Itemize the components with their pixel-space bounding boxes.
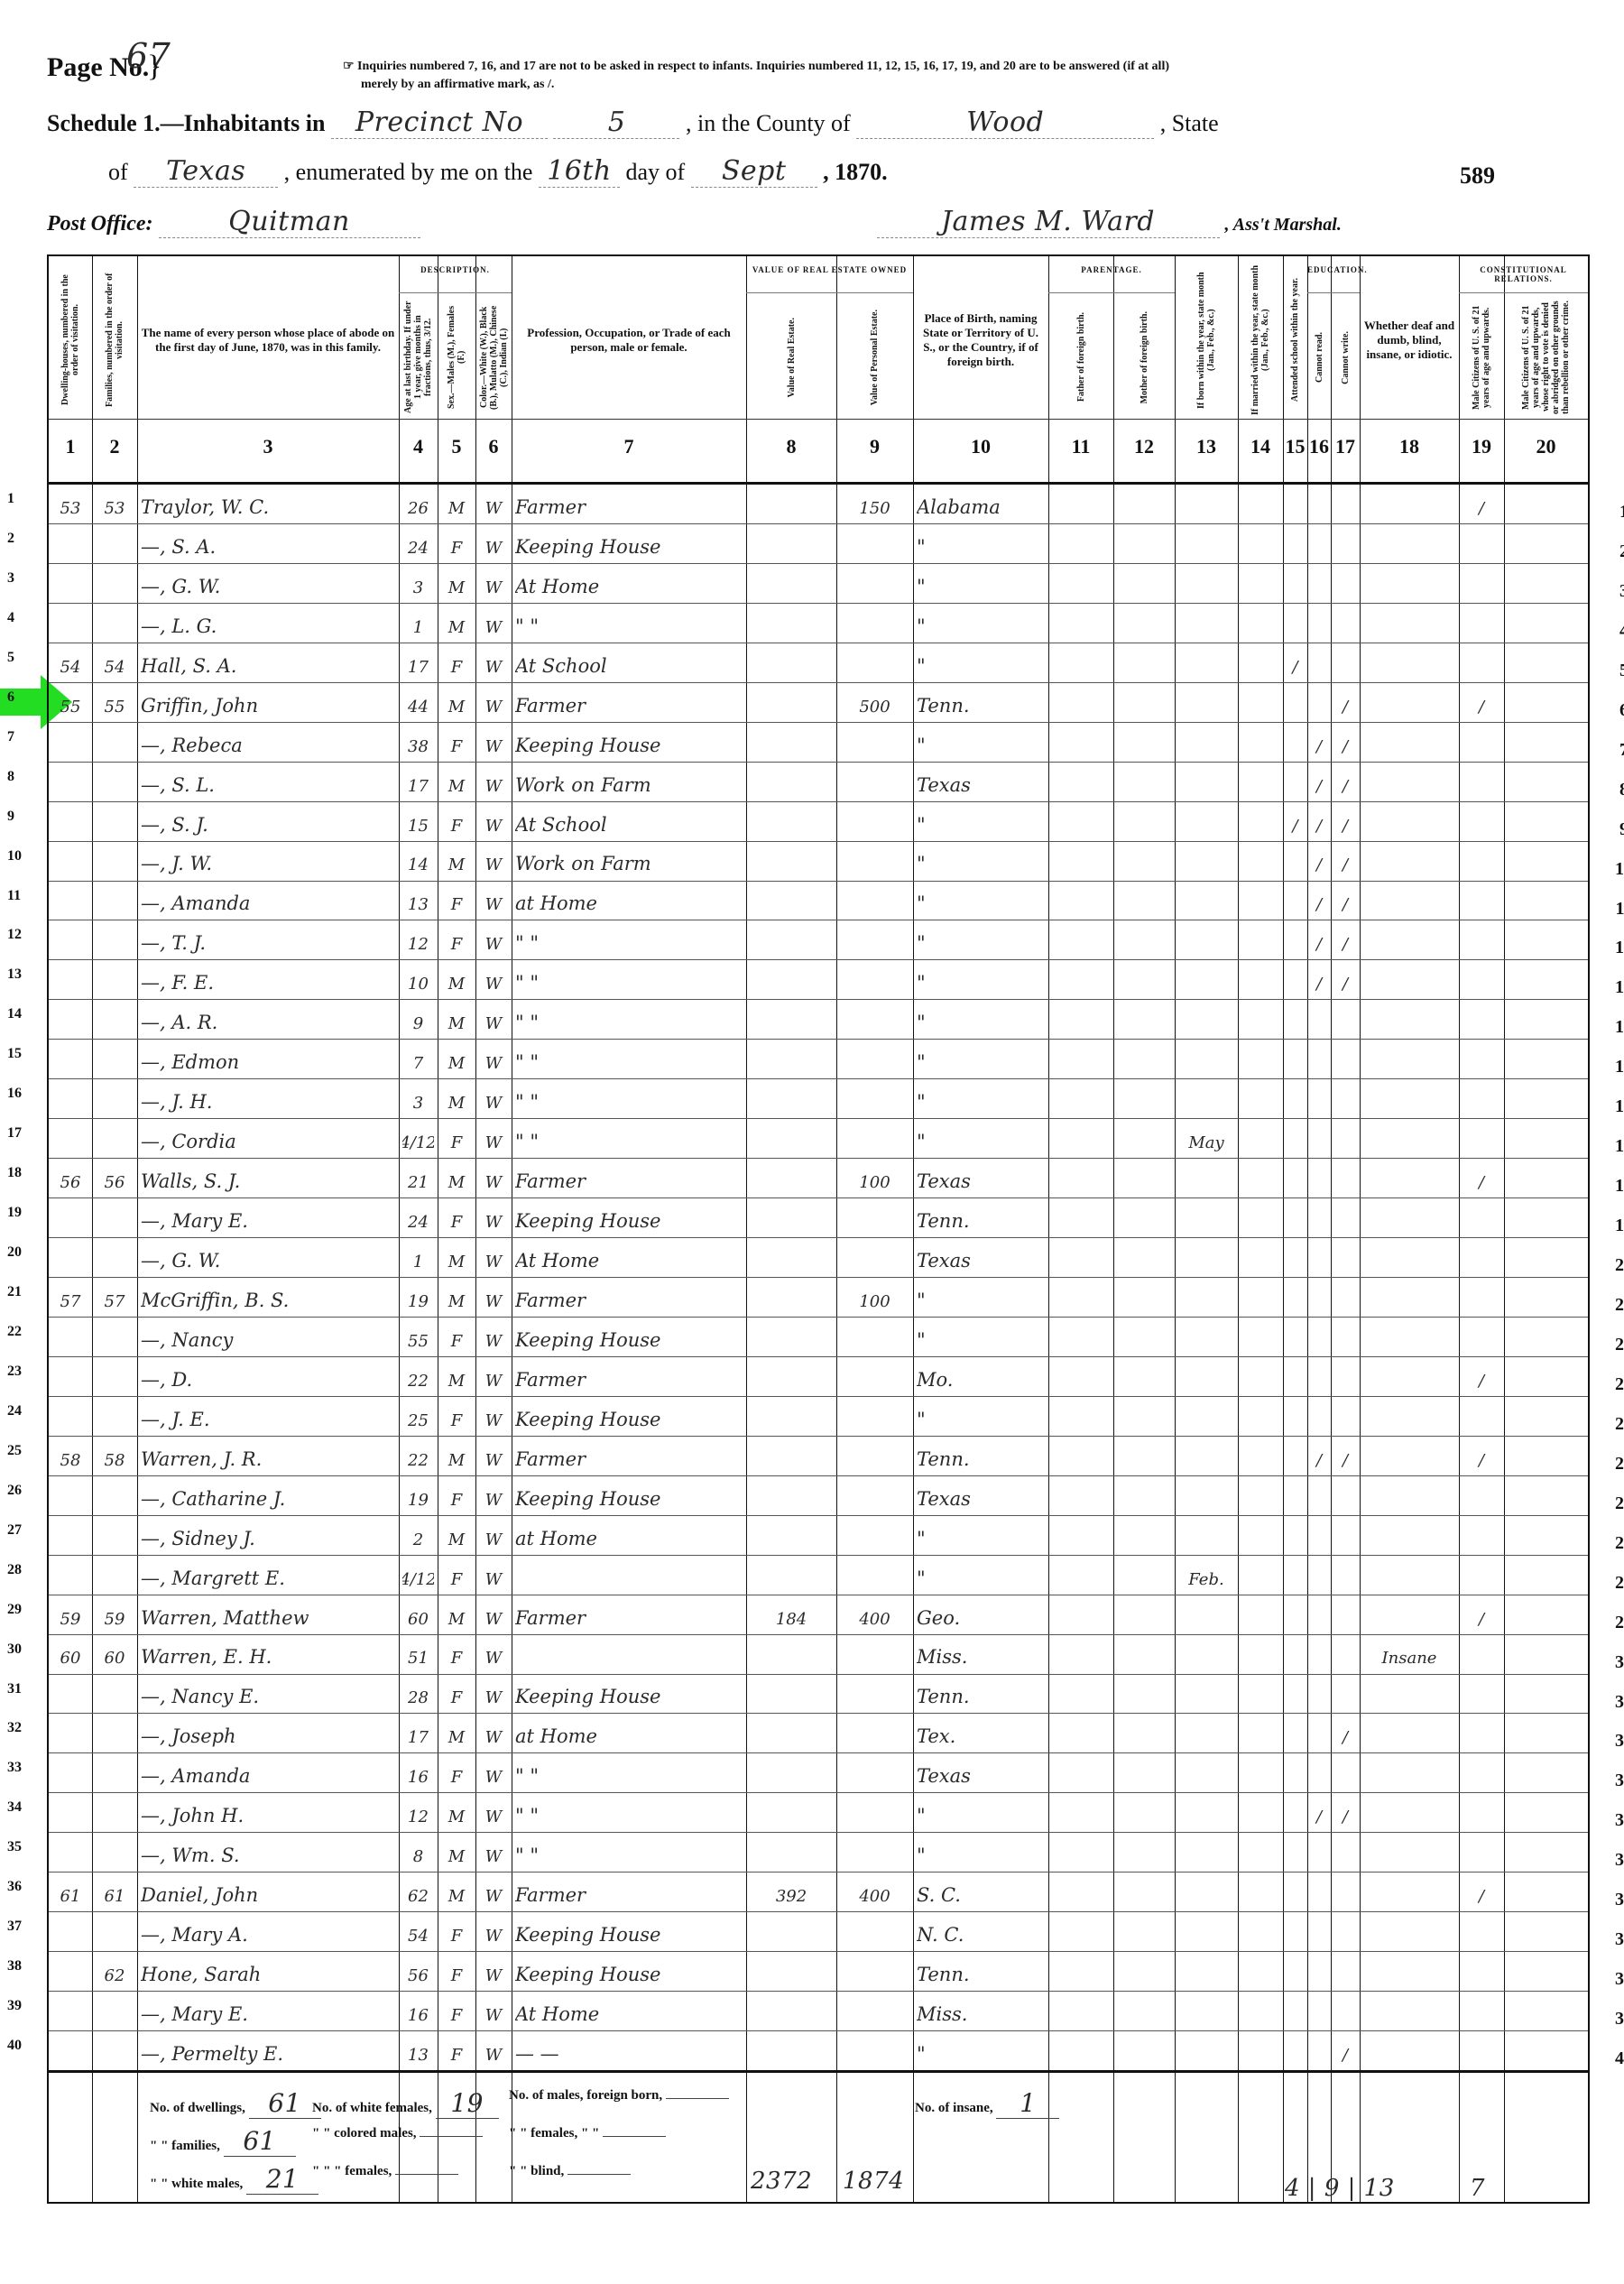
cell-c15: [1287, 1078, 1304, 1118]
cell-dwelling: [52, 1197, 88, 1237]
cell-color: W: [479, 1197, 508, 1237]
cell-age: 19: [402, 1475, 434, 1515]
row-number-left: 37: [7, 1919, 22, 1935]
row-number-left: 31: [7, 1681, 22, 1697]
table-row: 2424—, J. E.25FWKeeping House": [49, 1396, 1588, 1436]
cell-personal: [840, 1197, 909, 1237]
cell-age: 44: [402, 682, 434, 722]
enumerated-label: , enumerated by me on the: [284, 159, 533, 185]
row-number-right: 23: [1606, 1374, 1624, 1395]
row-number-left: 38: [7, 1958, 22, 1974]
cell-c17: [1334, 1752, 1356, 1792]
cell-c15: [1287, 1277, 1304, 1317]
cell-color: W: [479, 2030, 508, 2070]
row-number-right: 11: [1606, 899, 1624, 920]
table-row: 1717—, Cordia4/12FW" ""May: [49, 1118, 1588, 1158]
table-row: 3131—, Nancy E.28FWKeeping HouseTenn.: [49, 1674, 1588, 1714]
cell-c19: [1463, 1951, 1500, 1991]
cell-c17: /: [1334, 2030, 1356, 2070]
row-number-right: 20: [1606, 1255, 1624, 1276]
cell-c15: /: [1287, 643, 1304, 682]
cell-c16: /: [1311, 1792, 1327, 1832]
cell-c18: [1363, 1792, 1455, 1832]
cell-real: [750, 1118, 833, 1158]
table-row: 1616—, J. H.3MW" "": [49, 1078, 1588, 1118]
cell-birthplace: Texas: [917, 1752, 1045, 1792]
cell-c18: [1363, 1158, 1455, 1197]
cell-sex: M: [441, 762, 472, 801]
cell-c15: [1287, 1911, 1304, 1951]
column-number: 12: [1113, 435, 1175, 458]
summary-dwellings-value: 61: [249, 2088, 321, 2119]
cell-color: W: [479, 920, 508, 959]
cell-c17: /: [1334, 682, 1356, 722]
cell-birthplace: Texas: [917, 762, 1045, 801]
row-number-right: 2: [1606, 541, 1624, 562]
cell-dwelling: [52, 1674, 88, 1714]
row-number-right: 18: [1606, 1176, 1624, 1197]
table-row: 3232—, Joseph17MWat HomeTex./: [49, 1713, 1588, 1752]
cell-dwelling: [52, 1317, 88, 1356]
cell-c18: [1363, 1475, 1455, 1515]
cell-age: 60: [402, 1595, 434, 1634]
cell-c18: [1363, 1713, 1455, 1752]
row-number-left: 36: [7, 1879, 22, 1895]
table-row: 25255858Warren, J. R.22MWFarmerTenn.///: [49, 1436, 1588, 1475]
row-number-right: 8: [1606, 780, 1624, 800]
cell-c16: [1311, 1832, 1327, 1872]
cell-birthplace: Alabama: [917, 484, 1045, 523]
cell-personal: 100: [840, 1277, 909, 1317]
cell-c17: [1334, 1078, 1356, 1118]
cell-occupation: Farmer: [515, 1158, 743, 1197]
cell-c18: [1363, 1872, 1455, 1911]
cell-c15: [1287, 1436, 1304, 1475]
cell-c18: [1363, 1118, 1455, 1158]
cell-c17: [1334, 603, 1356, 643]
cell-age: 51: [402, 1634, 434, 1674]
cell-c16: [1311, 1872, 1327, 1911]
cell-c17: /: [1334, 1713, 1356, 1752]
row-number-right: 29: [1606, 1613, 1624, 1633]
cell-c18: [1363, 2030, 1455, 2070]
cell-real: [750, 643, 833, 682]
cell-c13: [1178, 1713, 1234, 1752]
cell-age: 13: [402, 2030, 434, 2070]
cell-color: W: [479, 1237, 508, 1277]
column-header-3: The name of every person whose place of …: [137, 262, 399, 419]
cell-c19: [1463, 959, 1500, 999]
cell-age: 17: [402, 762, 434, 801]
cell-color: W: [479, 1951, 508, 1991]
cell-c16: [1311, 1237, 1327, 1277]
cell-dwelling: [52, 563, 88, 603]
cell-c19: [1463, 1515, 1500, 1555]
cell-birthplace: ": [917, 643, 1045, 682]
cell-c15: [1287, 1832, 1304, 1872]
cell-c13: [1178, 1872, 1234, 1911]
cell-age: 19: [402, 1277, 434, 1317]
cell-birthplace: ": [917, 881, 1045, 920]
cell-c19: /: [1463, 1356, 1500, 1396]
row-number-left: 32: [7, 1720, 22, 1736]
cell-name: —, Mary E.: [141, 1197, 395, 1237]
cell-c16: /: [1311, 959, 1327, 999]
cell-name: —, L. G.: [141, 603, 395, 643]
cell-family: 58: [96, 1436, 134, 1475]
table-row: 1111—, Amanda13FWat Home"//: [49, 881, 1588, 920]
cell-c16: [1311, 1674, 1327, 1714]
cell-occupation: Keeping House: [515, 1951, 743, 1991]
column-header-label: The name of every person whose place of …: [141, 326, 395, 355]
summary-insane-value: 1: [996, 2088, 1059, 2119]
marshal-signature: James M. Ward: [941, 206, 1155, 237]
cell-color: W: [479, 959, 508, 999]
cell-birthplace: Texas: [917, 1475, 1045, 1515]
cell-c16: [1311, 1991, 1327, 2030]
cell-color: W: [479, 1752, 508, 1792]
cell-dwelling: [52, 1396, 88, 1436]
cell-c13: [1178, 1792, 1234, 1832]
cell-sex: M: [441, 682, 472, 722]
group-divider: [1048, 292, 1175, 293]
row-number-right: 40: [1606, 2048, 1624, 2069]
cell-sex: M: [441, 563, 472, 603]
cell-personal: [840, 841, 909, 881]
cell-occupation: at Home: [515, 881, 743, 920]
cell-c16: [1311, 1356, 1327, 1396]
post-office-line: Post Office: Quitman James M. Ward , Ass…: [47, 206, 1581, 238]
cell-color: W: [479, 1911, 508, 1951]
cell-real: [750, 1951, 833, 1991]
cell-c19: [1463, 920, 1500, 959]
summary-white-females: No. of white females, 19: [312, 2088, 499, 2119]
cell-name: —, G. W.: [141, 1237, 395, 1277]
summary-dwellings-label: No. of dwellings,: [150, 2101, 249, 2115]
township-number: 5: [608, 106, 626, 138]
summary-foreign-females-label: " " females, " ": [509, 2126, 603, 2141]
cell-c18: [1363, 1317, 1455, 1356]
cell-name: —, Permelty E.: [141, 2030, 395, 2070]
cell-dwelling: 53: [52, 484, 88, 523]
cell-c13: [1178, 682, 1234, 722]
total-school-read-write: 4 | 9 | 13: [1285, 2175, 1395, 2202]
cell-c16: /: [1311, 801, 1327, 841]
cell-family: [96, 841, 134, 881]
cell-occupation: " ": [515, 999, 743, 1039]
cell-c19: [1463, 563, 1500, 603]
row-number-left: 13: [7, 966, 22, 983]
cell-personal: [840, 1911, 909, 1951]
cell-c17: [1334, 1039, 1356, 1078]
cell-personal: [840, 523, 909, 563]
cell-c13: [1178, 1078, 1234, 1118]
cell-birthplace: Tenn.: [917, 1674, 1045, 1714]
summary-white-males: " " white males, 21: [150, 2164, 318, 2195]
cell-personal: 400: [840, 1595, 909, 1634]
cell-c18: [1363, 841, 1455, 881]
cell-color: W: [479, 1595, 508, 1634]
table-row: 77—, Rebeca38FWKeeping House"//: [49, 722, 1588, 762]
cell-name: Hone, Sarah: [141, 1951, 395, 1991]
cell-c18: [1363, 1436, 1455, 1475]
column-number: 14: [1238, 435, 1283, 458]
cell-family: [96, 1555, 134, 1595]
cell-occupation: [515, 1634, 743, 1674]
cell-c16: [1311, 1911, 1327, 1951]
cell-c13: [1178, 603, 1234, 643]
row-number-left: 22: [7, 1324, 22, 1340]
cell-age: 1: [402, 603, 434, 643]
cell-c19: [1463, 1752, 1500, 1792]
column-number: 6: [475, 435, 512, 458]
cell-dwelling: 59: [52, 1595, 88, 1634]
cell-occupation: Farmer: [515, 1436, 743, 1475]
cell-birthplace: Geo.: [917, 1595, 1045, 1634]
cell-c19: [1463, 1832, 1500, 1872]
row-number-right: 15: [1606, 1057, 1624, 1077]
column-header-8: Value of Real Estate.: [746, 296, 836, 419]
instructions-line-2: merely by an affirmative mark, as /.: [343, 76, 1570, 94]
column-header-9: Value of Personal Estate.: [836, 296, 913, 419]
cell-c19: [1463, 762, 1500, 801]
column-group-description: Description.: [399, 265, 512, 274]
cell-occupation: " ": [515, 959, 743, 999]
cell-personal: [840, 1396, 909, 1436]
column-number: 15: [1283, 435, 1307, 458]
cell-name: —, S. L.: [141, 762, 395, 801]
cell-color: W: [479, 1396, 508, 1436]
table-row: 3535—, Wm. S.8MW" "": [49, 1832, 1588, 1872]
state-label: , State: [1160, 110, 1219, 136]
cell-occupation: Keeping House: [515, 722, 743, 762]
row-number-left: 40: [7, 2038, 22, 2054]
cell-c17: [1334, 999, 1356, 1039]
cell-c16: [1311, 682, 1327, 722]
cell-sex: M: [441, 1436, 472, 1475]
cell-personal: 150: [840, 484, 909, 523]
cell-c15: [1287, 1713, 1304, 1752]
table-row: 1212—, T. J.12FW" ""//: [49, 920, 1588, 959]
cell-sex: M: [441, 999, 472, 1039]
cell-sex: M: [441, 1595, 472, 1634]
cell-c19: /: [1463, 1872, 1500, 1911]
cell-c13: [1178, 1356, 1234, 1396]
cell-sex: F: [441, 1118, 472, 1158]
row-number-right: 4: [1606, 621, 1624, 642]
cell-c15: [1287, 1872, 1304, 1911]
cell-c15: /: [1287, 801, 1304, 841]
row-number-right: 19: [1606, 1216, 1624, 1236]
cell-birthplace: Tenn.: [917, 1436, 1045, 1475]
cell-dwelling: [52, 2030, 88, 2070]
row-number-left: 3: [7, 570, 14, 587]
cell-age: 15: [402, 801, 434, 841]
summary-white-females-value: 19: [436, 2088, 499, 2119]
cell-age: 7: [402, 1039, 434, 1078]
summary-foreign-males-label: No. of males, foreign born,: [509, 2088, 666, 2103]
cell-sex: M: [441, 1713, 472, 1752]
cell-family: [96, 722, 134, 762]
cell-name: Griffin, John: [141, 682, 395, 722]
cell-sex: M: [441, 1158, 472, 1197]
cell-birthplace: N. C.: [917, 1911, 1045, 1951]
cell-birthplace: Mo.: [917, 1356, 1045, 1396]
cell-c18: [1363, 722, 1455, 762]
cell-personal: [840, 1634, 909, 1674]
cell-family: [96, 1078, 134, 1118]
column-header-2: Families, numbered in the order of visit…: [92, 262, 137, 419]
cell-family: [96, 762, 134, 801]
cell-name: —, Mary A.: [141, 1911, 395, 1951]
cell-occupation: " ": [515, 603, 743, 643]
cell-c16: [1311, 1317, 1327, 1356]
cell-c13: [1178, 841, 1234, 881]
cell-color: W: [479, 1792, 508, 1832]
cell-family: [96, 1039, 134, 1078]
row-number-left: 26: [7, 1483, 22, 1499]
cell-sex: F: [441, 1475, 472, 1515]
cell-sex: M: [441, 484, 472, 523]
cell-dwelling: [52, 1713, 88, 1752]
cell-c17: /: [1334, 841, 1356, 881]
cell-occupation: " ": [515, 1118, 743, 1158]
cell-name: —, Edmon: [141, 1039, 395, 1078]
row-number-right: 30: [1606, 1652, 1624, 1673]
cell-sex: M: [441, 1792, 472, 1832]
cell-c13: [1178, 1595, 1234, 1634]
cell-birthplace: ": [917, 920, 1045, 959]
cell-c16: /: [1311, 722, 1327, 762]
column-header-18: Whether deaf and dumb, blind, insane, or…: [1360, 262, 1459, 419]
cell-name: —, S. A.: [141, 523, 395, 563]
cell-c13: [1178, 1832, 1234, 1872]
cell-sex: F: [441, 1951, 472, 1991]
cell-c13: [1178, 1752, 1234, 1792]
cell-c19: [1463, 523, 1500, 563]
summary-colored-males-label: " " colored males,: [312, 2126, 420, 2141]
table-row: 3333—, Amanda16FW" "Texas: [49, 1752, 1588, 1792]
cell-c16: [1311, 1951, 1327, 1991]
cell-c19: [1463, 1237, 1500, 1277]
cell-c17: /: [1334, 920, 1356, 959]
cell-c18: [1363, 484, 1455, 523]
table-row: 2020—, G. W.1MWAt HomeTexas: [49, 1237, 1588, 1277]
cell-real: [750, 1158, 833, 1197]
cell-occupation: Farmer: [515, 1277, 743, 1317]
cell-c17: /: [1334, 959, 1356, 999]
column-group-value-estate: Value of Real Estate owned: [746, 265, 913, 274]
cell-birthplace: ": [917, 999, 1045, 1039]
cell-age: 3: [402, 1078, 434, 1118]
cell-c15: [1287, 999, 1304, 1039]
summary-foreign-females: " " females, " ": [509, 2126, 666, 2141]
column-header-label: Families, numbered in the order of visit…: [105, 265, 125, 415]
cell-c17: [1334, 1872, 1356, 1911]
cell-age: 62: [402, 1872, 434, 1911]
cell-c19: [1463, 1396, 1500, 1436]
cell-c13: [1178, 1951, 1234, 1991]
cell-real: [750, 1911, 833, 1951]
cell-sex: M: [441, 1872, 472, 1911]
cell-real: [750, 920, 833, 959]
cell-age: 22: [402, 1436, 434, 1475]
cell-c17: [1334, 1356, 1356, 1396]
cell-real: [750, 1396, 833, 1436]
row-number-left: 25: [7, 1443, 22, 1459]
cell-c15: [1287, 1197, 1304, 1237]
cell-age: 16: [402, 1991, 434, 2030]
year-label: , 1870.: [823, 159, 888, 185]
county-value: Wood: [966, 106, 1044, 138]
column-number: 7: [512, 435, 746, 458]
cell-name: —, Amanda: [141, 881, 395, 920]
row-number-right: 34: [1606, 1810, 1624, 1831]
cell-c15: [1287, 523, 1304, 563]
cell-real: [750, 1078, 833, 1118]
table-row: 99—, S. J.15FWAt School"///: [49, 801, 1588, 841]
cell-c13: [1178, 920, 1234, 959]
cell-personal: [840, 1475, 909, 1515]
cell-age: 4/12: [402, 1555, 434, 1595]
cell-age: 12: [402, 1792, 434, 1832]
cell-color: W: [479, 762, 508, 801]
summary-colored-females-value: [395, 2174, 458, 2175]
cell-c18: [1363, 1832, 1455, 1872]
cell-personal: [840, 2030, 909, 2070]
cell-c17: [1334, 1595, 1356, 1634]
column-number: 2: [92, 435, 137, 458]
cell-personal: [840, 1317, 909, 1356]
cell-real: [750, 841, 833, 881]
cell-birthplace: Tex.: [917, 1713, 1045, 1752]
row-number-left: 9: [7, 809, 14, 825]
row-number-left: 18: [7, 1165, 22, 1181]
column-number: 5: [438, 435, 475, 458]
column-header-label: Color.—White (W.), Black (B.), Mulatto (…: [479, 300, 509, 415]
cell-c13: [1178, 1158, 1234, 1197]
cell-c17: [1334, 1951, 1356, 1991]
row-number-left: 17: [7, 1125, 22, 1142]
cell-color: W: [479, 603, 508, 643]
instructions: ☞ Inquiries numbered 7, 16, and 17 are n…: [343, 58, 1570, 94]
cell-occupation: Keeping House: [515, 1674, 743, 1714]
row-number-right: 27: [1606, 1533, 1624, 1554]
table-row: 22—, S. A.24FWKeeping House": [49, 523, 1588, 563]
cell-family: [96, 1752, 134, 1792]
cell-c18: [1363, 1039, 1455, 1078]
row-number-right: 31: [1606, 1692, 1624, 1713]
cell-c15: [1287, 1752, 1304, 1792]
cell-c17: /: [1334, 1792, 1356, 1832]
cell-c19: [1463, 1792, 1500, 1832]
cell-name: —, F. E.: [141, 959, 395, 999]
summary-colored-females: " " " females,: [312, 2164, 458, 2179]
cell-real: [750, 1991, 833, 2030]
cell-family: [96, 999, 134, 1039]
row-number-right: 21: [1606, 1295, 1624, 1316]
cell-real: [750, 484, 833, 523]
cell-color: W: [479, 1832, 508, 1872]
cell-dwelling: [52, 1515, 88, 1555]
cell-dwelling: [52, 881, 88, 920]
cell-family: [96, 1515, 134, 1555]
cell-age: 14: [402, 841, 434, 881]
day-of-label: day of: [625, 159, 685, 185]
cell-color: W: [479, 1317, 508, 1356]
row-number-left: 27: [7, 1522, 22, 1539]
cell-real: [750, 523, 833, 563]
